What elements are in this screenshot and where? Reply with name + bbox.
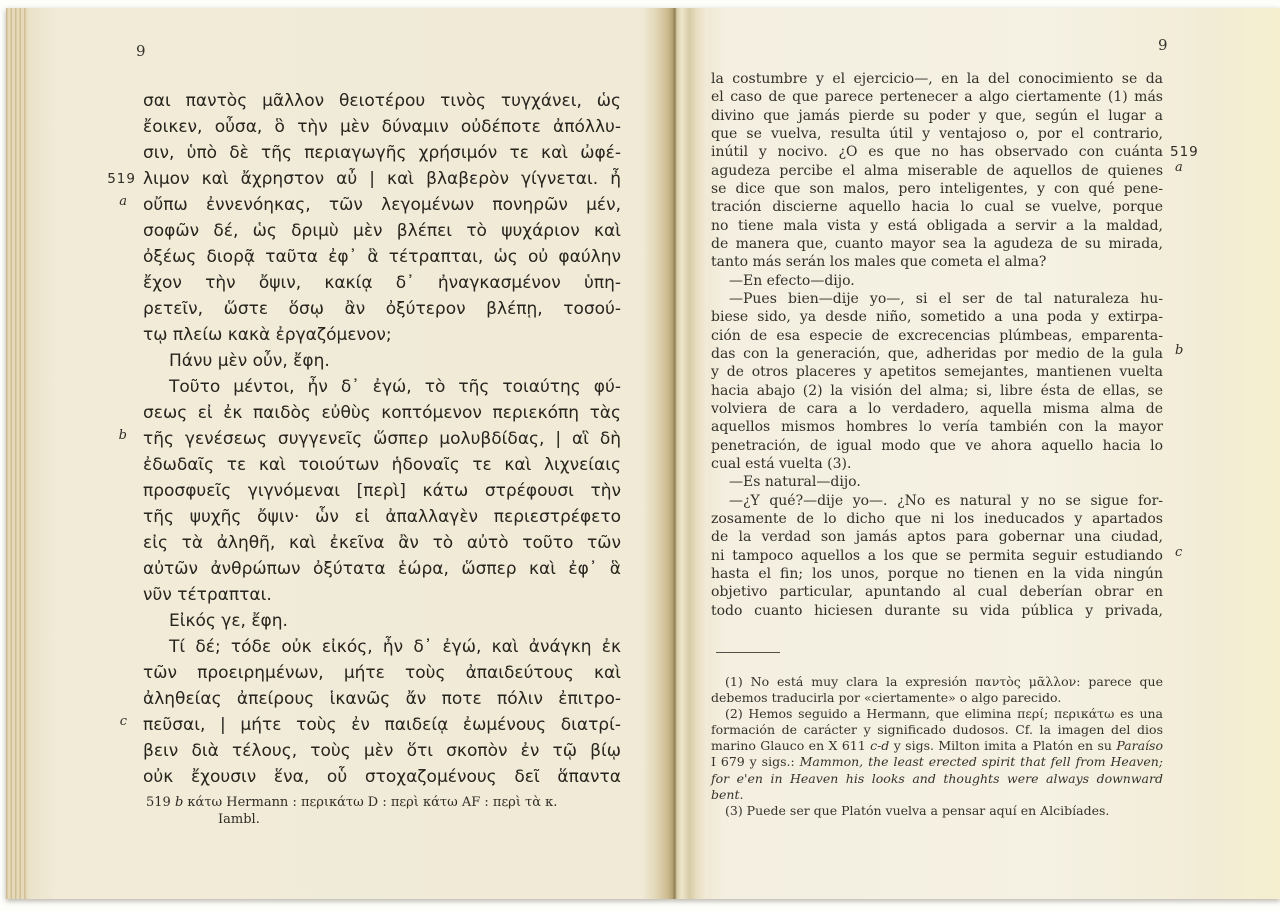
text-line: y de otros placeres y apetitos semejante… (711, 363, 1163, 381)
right-stephanus-margin: 519abc (1170, 70, 1206, 630)
footnote-separator (716, 652, 780, 653)
book-gutter (642, 8, 708, 899)
text-line: —¿Y qué?—dije yo—. ¿No es natural y no s… (711, 492, 1163, 510)
text-line: ρετεῖν, ὥστε ὅσῳ ἂν ὀξύτερον βλέπῃ, τοσο… (143, 296, 621, 322)
text-segment: Paraíso (1116, 738, 1163, 753)
text-line: de la verdad son jamás aptos para gobern… (711, 528, 1163, 546)
text-line: tración discierne aquello hacia lo cual … (711, 198, 1163, 216)
text-segment: (3) Puede ser que Platón vuelva a pensar… (725, 803, 1109, 818)
text-segment: I 679 y sigs.: (711, 754, 800, 769)
text-line: todo cuanto hiciesen durante su vida púb… (711, 602, 1163, 620)
text-line: biese sido, ya desde niño, sometido a un… (711, 308, 1163, 326)
text-line: hasta el fin; los unos, porque no tienen… (711, 565, 1163, 583)
text-line: hacia abajo (2) la visión del alma; si, … (711, 382, 1163, 400)
apparatus-line: 519 b κάτω Hermann : περικάτω D : περὶ κ… (146, 794, 598, 811)
text-line: οὐκ ἔχουσιν ἕνα, οὗ στοχαζομένους δεῖ ἅπ… (143, 764, 621, 790)
left-stephanus-margin: 519abc (102, 88, 136, 828)
text-line: penetración, de igual modo que ve ahora … (711, 437, 1163, 455)
text-line: πεῦσαι, | μήτε τοὺς ἐν παιδείᾳ ἐωμένους … (143, 712, 621, 738)
text-segment: (1) No está muy clara la expresión παντὸ… (711, 674, 1163, 705)
greek-text-block: σαι παντὸς μᾶλλον θειοτέρου τινὸς τυγχάν… (143, 88, 621, 790)
text-line: ἐδωδαῖς τε καὶ τοιούτων ἡδοναῖς τε καὶ λ… (143, 452, 621, 478)
text-line: λιμον καὶ ἄχρηστον αὖ | καὶ βλαβερὸν γίγ… (143, 166, 621, 192)
text-line: εἰς τὰ ἀληθῆ, καὶ ἐκεῖνα ἂν τὸ αὐτὸ τοῦτ… (143, 530, 621, 556)
left-page-number: 9 (136, 42, 146, 60)
text-line: ὀξέως διορᾷ ταῦτα ἐφ᾽ ἃ τέτραπται, ὡς οὐ… (143, 244, 621, 270)
text-line: ἀληθείας ἀπείρους ἱκανῶς ἄν ποτε πόλιν ἐ… (143, 686, 621, 712)
text-line: —Pues bien—dije yo—, si el ser de tal na… (711, 290, 1163, 308)
text-line: σαι παντὸς μᾶλλον θειοτέρου τινὸς τυγχάν… (143, 88, 621, 114)
right-page-number: 9 (1158, 36, 1168, 54)
text-line: de manera que, cuanto mayor sea la agude… (711, 235, 1163, 253)
text-line: αὐτῶν ἀνθρώπων ὀξύτατα ἑώρα, ὥσπερ καὶ ἐ… (143, 556, 621, 582)
text-line: νῦν τέτραπται. (143, 582, 621, 608)
text-line: divino que jamás pierde su poder y que, … (711, 107, 1163, 125)
footnote: (1) No está muy clara la expresión παντὸ… (711, 674, 1163, 706)
text-line: inútil y nocivo. ¿O es que no has observ… (711, 143, 1163, 161)
text-segment: 519 (146, 795, 175, 810)
text-line: ni tampoco aquellos a los que se permita… (711, 547, 1163, 565)
text-line: que se vuelva, resulta útil y ventajoso … (711, 125, 1163, 143)
text-line: ἔχον τὴν ὄψιν, κακίᾳ δ᾽ ἠναγκασμένον ὑπη… (143, 270, 621, 296)
text-segment: y sigs. Milton imita a Platón en su (889, 738, 1116, 753)
text-line: —En efecto—dijo. (711, 272, 1163, 290)
critical-apparatus: 519 b κάτω Hermann : περικάτω D : περὶ κ… (146, 794, 598, 828)
stephanus-ref: c (120, 709, 136, 735)
footnote: (3) Puede ser que Platón vuelva a pensar… (711, 803, 1163, 819)
text-line: aquellos mismos hombres lo vería también… (711, 418, 1163, 436)
text-line: βειν διὰ τέλους, τοὺς μὲν ὅτι σκοπὸν ἐν … (143, 738, 621, 764)
footnote: (2) Hemos seguido a Hermann, que elimina… (711, 706, 1163, 803)
text-line: cual está vuelta (3). (711, 455, 1163, 473)
stephanus-ref: b (1170, 342, 1183, 360)
text-line: σεως εἰ ἐκ παιδὸς εὐθὺς κοπτόμενον περιε… (143, 400, 621, 426)
stephanus-ref: a (119, 189, 136, 215)
text-line: se dice que son malos, pero inteligentes… (711, 180, 1163, 198)
text-line: τῆς γενέσεως συγγενεῖς ὥσπερ μολυβδίδας,… (143, 426, 621, 452)
text-line: das con la generación, que, adheridas po… (711, 345, 1163, 363)
text-line: Εἰκός γε, ἔφη. (143, 608, 621, 634)
text-segment: c-d (870, 738, 889, 753)
text-line: τῳ πλείω κακὰ ἐργαζόμενον; (143, 322, 621, 348)
book-spread: 9 9 519abc σαι παντὸς μᾶλλον θειοτέρου τ… (6, 8, 1280, 899)
text-line: zosamente de lo dicho que ni los ineduca… (711, 510, 1163, 528)
footnotes-block: (1) No está muy clara la expresión παντὸ… (711, 674, 1163, 819)
text-line: Τοῦτο μέντοι, ἦν δ᾽ ἐγώ, τὸ τῆς τοιαύτης… (143, 374, 621, 400)
text-line: ἔοικεν, οὖσα, ὃ τὴν μὲν δύναμιν οὐδέποτε… (143, 114, 621, 140)
text-line: προσφυεῖς γιγνόμεναι [περὶ] κάτω στρέφου… (143, 478, 621, 504)
apparatus-line: Iambl. (146, 811, 598, 828)
text-line: ción de esa especie de excrecencias plúm… (711, 327, 1163, 345)
text-line: τῆς ψυχῆς ὄψιν· ὧν εἰ ἀπαλλαγὲν περιεστρ… (143, 504, 621, 530)
stephanus-ref: a (1170, 159, 1183, 177)
text-line: —Es natural—dijo. (711, 473, 1163, 491)
text-segment: κάτω Hermann : περικάτω D : περὶ κάτω AF… (183, 795, 557, 810)
text-line: Πάνυ μὲν οὖν, ἔφη. (143, 348, 621, 374)
text-line: objetivo particular, apuntando al cual d… (711, 583, 1163, 601)
stephanus-ref: b (119, 423, 136, 449)
text-line: σιν, ὑπὸ δὲ τῆς περιαγωγῆς χρήσιμόν τε κ… (143, 140, 621, 166)
spanish-text-block: la costumbre y el ejercicio—, en la del … (711, 70, 1163, 620)
text-line: τῶν προειρημένων, μήτε τοὺς ἀπαιδεύτους … (143, 660, 621, 686)
text-line: Τί δέ; τόδε οὐκ εἰκός, ἦν δ᾽ ἐγώ, καὶ ἀν… (143, 634, 621, 660)
page-fore-edge (6, 8, 28, 899)
stephanus-ref: c (1170, 544, 1182, 562)
text-line: volviera de cara a lo verdadero, aquella… (711, 400, 1163, 418)
text-line: σοφῶν δέ, ὡς δριμὺ μὲν βλέπει τὸ ψυχάριο… (143, 218, 621, 244)
text-line: la costumbre y el ejercicio—, en la del … (711, 70, 1163, 88)
text-line: el caso de que parece pertenecer a algo … (711, 88, 1163, 106)
text-line: no tiene mala vista y está obligada a se… (711, 217, 1163, 235)
text-line: agudeza percibe el alma miserable de aqu… (711, 162, 1163, 180)
text-line: tanto más serán los males que cometa el … (711, 253, 1163, 271)
text-line: οὔπω ἐννενόηκας, τῶν λεγομένων πονηρῶν μ… (143, 192, 621, 218)
